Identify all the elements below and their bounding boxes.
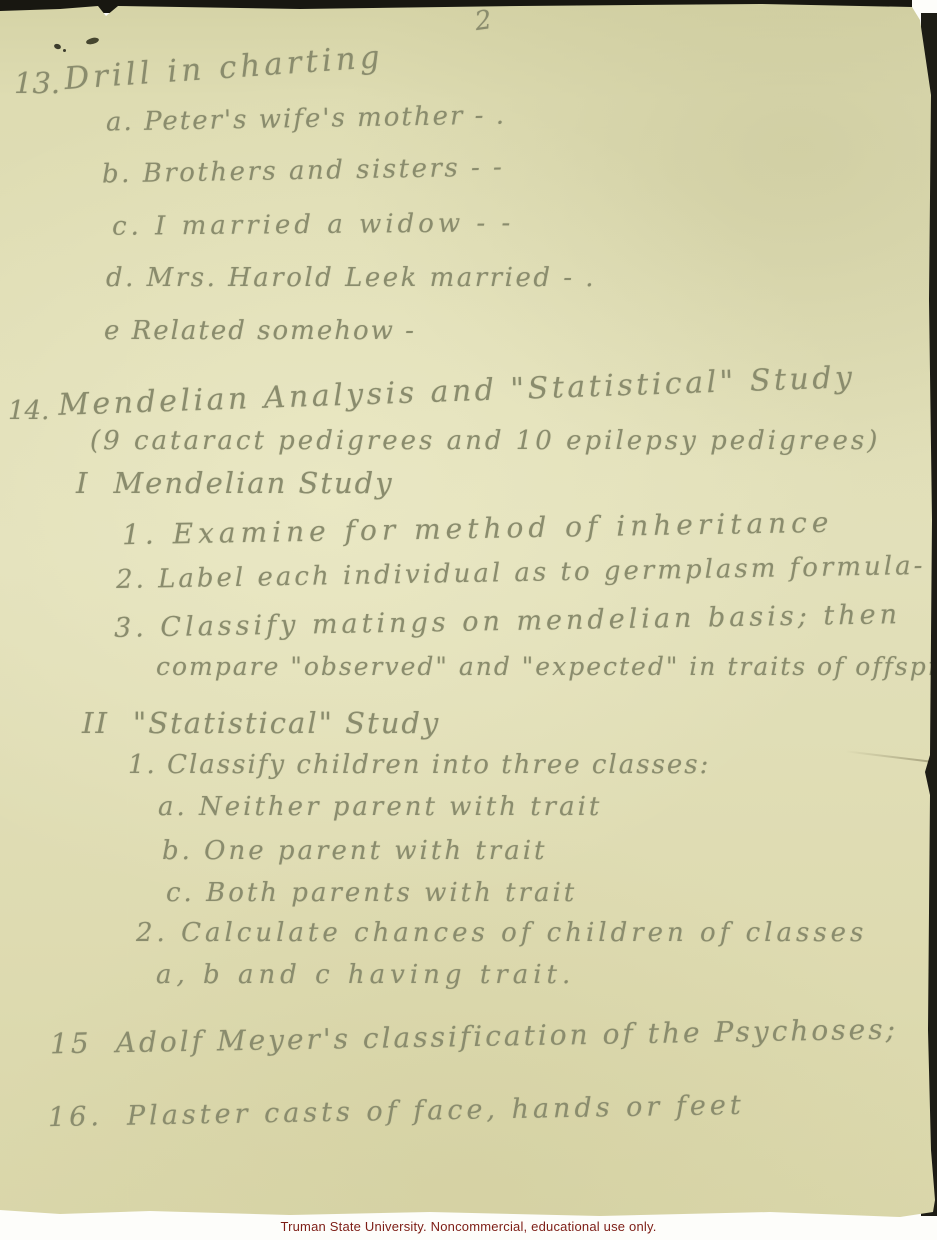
section-16-title: Plaster casts of face, hands or feet (127, 1090, 745, 1132)
section-16-heading: 16.Plaster casts of face, hands or feet (48, 1090, 745, 1133)
paper-stain (53, 43, 61, 50)
section-13-item-b: b. Brothers and sisters - - (102, 152, 505, 189)
section-13-number: 13. (14, 66, 60, 100)
part-II-title: "Statistical" Study (133, 706, 440, 740)
section-15-heading: 15Adolf Meyer's classification of the Ps… (50, 1013, 898, 1061)
section-13-title: Drill in charting (63, 39, 385, 97)
paper-crease (845, 750, 937, 764)
part-I-item-3: 3. Classify matings on mendelian basis; … (114, 599, 901, 644)
section-14-subtitle: (9 cataract pedigrees and 10 epilepsy pe… (90, 426, 880, 456)
footer-credit: Truman State University. Noncommercial, … (0, 1219, 937, 1234)
part-II-item-1: 1. Classify children into three classes: (128, 750, 710, 780)
section-16-number: 16. (48, 1101, 103, 1133)
scanned-page: 2 13. Drill in charting a. Peter's wife'… (0, 0, 937, 1240)
part-II-item-1a: a. Neither parent with trait (158, 792, 602, 822)
part-II-numeral: II (82, 706, 109, 740)
section-13-item-c: c. I married a widow - - (112, 208, 514, 242)
section-14-title: Mendelian Analysis and "Statistical" Stu… (58, 360, 856, 423)
part-II-heading: II"Statistical" Study (82, 706, 440, 740)
part-I-item-2: 2. Label each individual as to germplasm… (116, 551, 926, 595)
paper-stain (63, 49, 66, 52)
part-II-item-2-continuation: a, b and c having trait. (156, 960, 575, 990)
section-14-number: 14. (8, 396, 49, 426)
paper-stain (85, 37, 99, 46)
part-I-item-1: 1. Examine for method of inheritance (122, 506, 834, 551)
part-I-numeral: I (76, 466, 89, 500)
section-13-item-e: e Related somehow - (104, 316, 416, 346)
part-I-heading: IMendelian Study (76, 466, 394, 500)
part-II-item-1b: b. One parent with trait (162, 836, 547, 866)
part-I-item-3-continuation: compare "observed" and "expected" in tra… (156, 652, 937, 681)
part-II-item-2: 2. Calculate chances of children of clas… (136, 918, 867, 948)
page-number: 2 (473, 5, 494, 37)
section-15-number: 15 (50, 1027, 92, 1061)
part-II-item-1c: c. Both parents with trait (166, 878, 577, 908)
part-I-title: Mendelian Study (113, 466, 393, 500)
scanned-document-canvas: 2 13. Drill in charting a. Peter's wife'… (0, 0, 937, 1240)
section-13-item-a: a. Peter's wife's mother - . (106, 101, 506, 138)
section-13-item-d: d. Mrs. Harold Leek married - . (106, 263, 596, 293)
section-15-title: Adolf Meyer's classification of the Psyc… (115, 1013, 898, 1060)
